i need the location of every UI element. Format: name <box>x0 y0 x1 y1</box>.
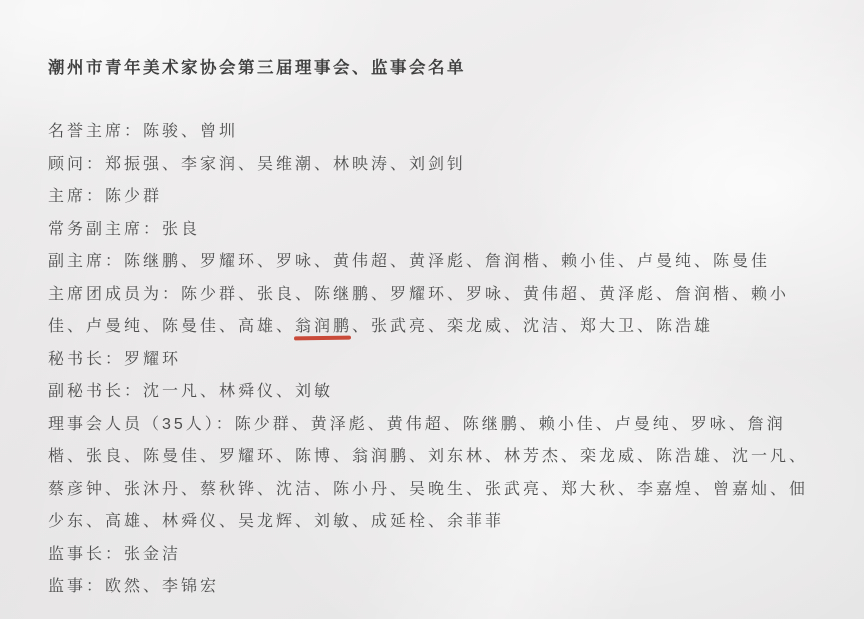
document-title: 潮州市青年美术家协会第三届理事会、监事会名单 <box>48 54 820 78</box>
line-advisors: 顾问：郑振强、李家润、吴维潮、林映涛、刘剑钊 <box>48 149 820 182</box>
document-page: 潮州市青年美术家协会第三届理事会、监事会名单 名誉主席：陈骏、曾圳 顾问：郑振强… <box>0 0 864 619</box>
line-vice-chairmen: 副主席：陈继鹏、罗耀环、罗咏、黄伟超、黄泽彪、詹润楷、赖小佳、卢曼纯、陈曼佳 <box>48 246 820 279</box>
line-secretary-general: 秘书长：罗耀环 <box>48 344 820 377</box>
presidium-members-text-after: 、张武亮、栾龙威、沈洁、郑大卫、陈浩雄 <box>352 318 713 335</box>
line-chairman: 主席：陈少群 <box>48 181 820 214</box>
line-supervisors: 监事：欧然、李锦宏 <box>48 571 820 604</box>
document-content: 潮州市青年美术家协会第三届理事会、监事会名单 名誉主席：陈骏、曾圳 顾问：郑振强… <box>0 0 864 604</box>
line-honorary-chairman: 名誉主席：陈骏、曾圳 <box>48 116 820 149</box>
line-supervisor-chief: 监事长：张金洁 <box>48 539 820 572</box>
line-executive-vice-chairman: 常务副主席：张良 <box>48 214 820 247</box>
line-deputy-secretaries-general: 副秘书长：沈一凡、林舜仪、刘敏 <box>48 376 820 409</box>
red-underlined-name: 翁润鹏 <box>295 318 352 335</box>
line-council-members: 理事会人员（35人）：陈少群、黄泽彪、黄伟超、陈继鹏、赖小佳、卢曼纯、罗咏、詹润… <box>48 409 820 539</box>
line-presidium-members: 主席团成员为：陈少群、张良、陈继鹏、罗耀环、罗咏、黄伟超、黄泽彪、詹润楷、赖小佳… <box>48 279 820 344</box>
